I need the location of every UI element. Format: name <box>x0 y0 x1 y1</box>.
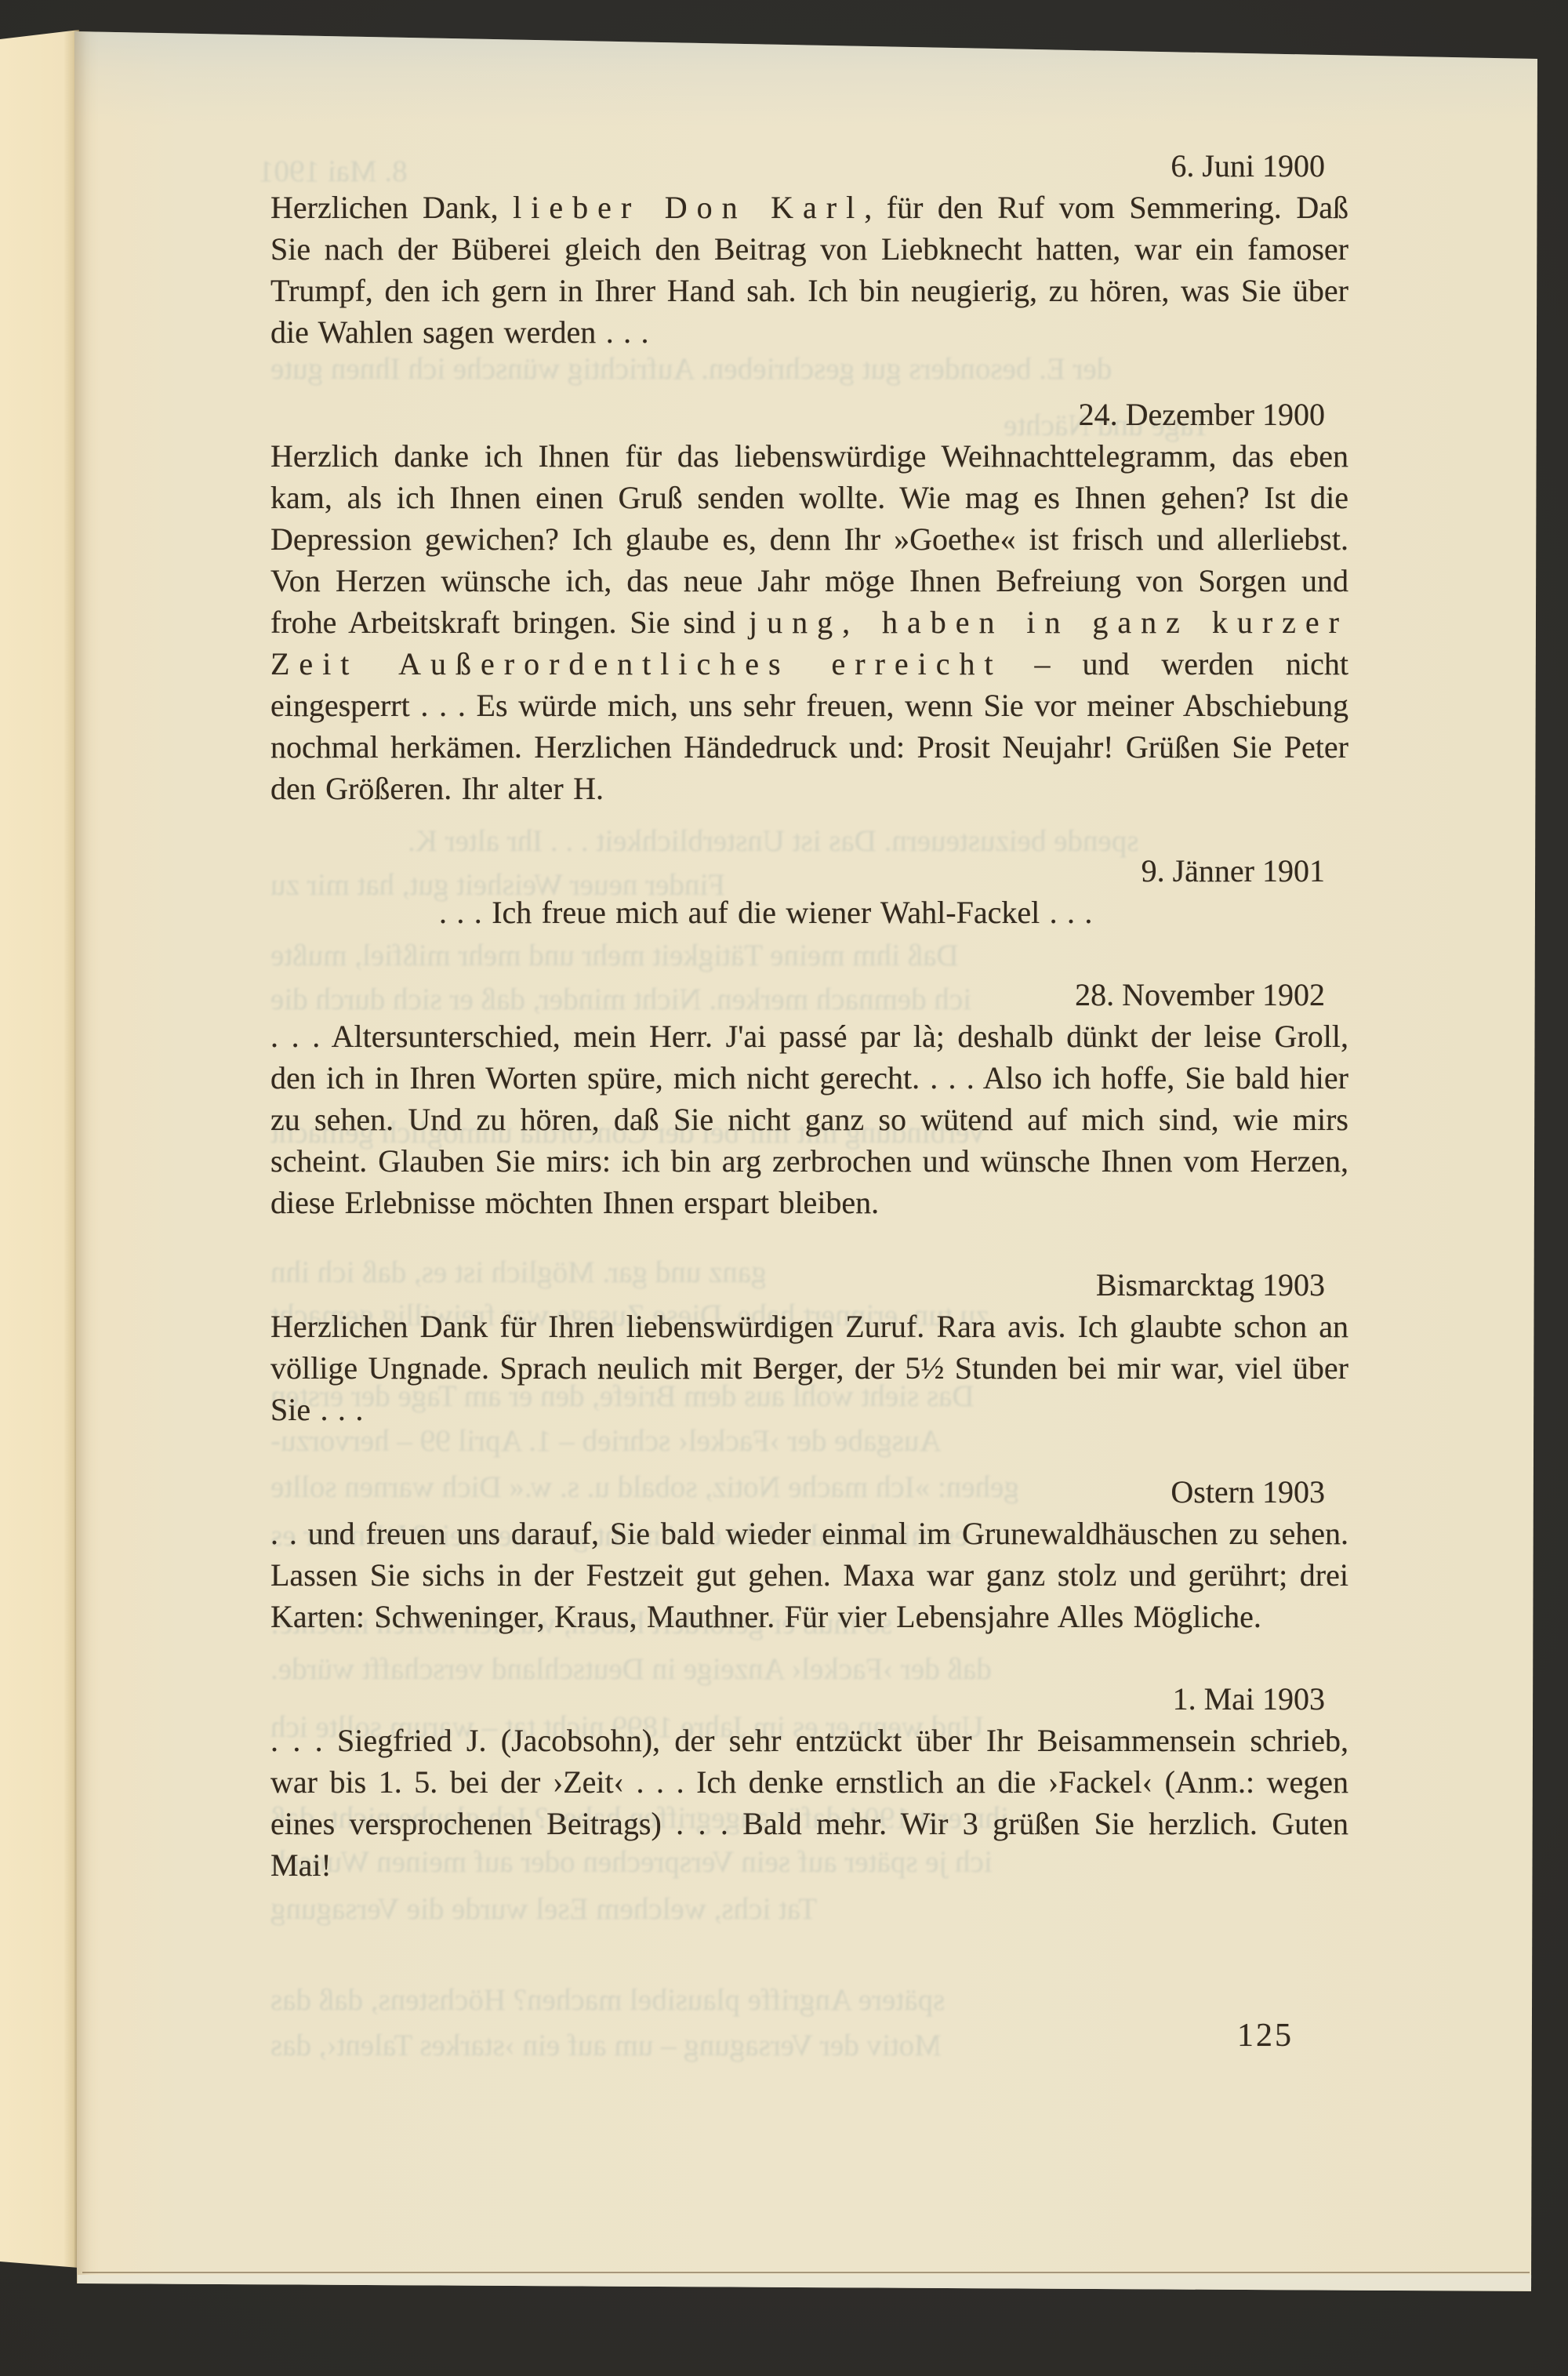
entry-date: 1. Mai 1903 <box>270 1678 1348 1720</box>
letter-entry: Bismarcktag 1903Herzlichen Dank für Ihre… <box>270 1264 1348 1430</box>
body-text: Herzlichen Dank für Ihren liebenswürdige… <box>270 1309 1348 1427</box>
underlying-page-edge <box>0 27 79 2268</box>
letter-entry: 6. Juni 1900Herzlichen Dank, lieber Don … <box>270 145 1348 353</box>
entry-date: 6. Juni 1900 <box>270 145 1348 187</box>
show-through-text: Tat ichs, welchem Esel wurde die Versagu… <box>270 1891 817 1927</box>
book-page: 8. Mai 1901der E. besonders gut geschrie… <box>74 24 1541 2294</box>
page-bottom-edge-line <box>82 2272 1530 2273</box>
entry-body: Herzlichen Dank für Ihren liebenswürdige… <box>270 1306 1348 1430</box>
entry-body: . . . Siegfried J. (Jacobsohn), der sehr… <box>270 1720 1348 1886</box>
body-text: . . . Altersunterschied, mein Herr. J'ai… <box>270 1019 1348 1220</box>
letter-entry: Ostern 1903. . und freuen uns darauf, Si… <box>270 1471 1348 1637</box>
body-text: Herzlichen Dank, <box>270 190 513 225</box>
page-bottom-edge <box>78 2275 1534 2291</box>
letter-entry: 9. Jänner 1901. . . Ich freue mich auf d… <box>270 850 1348 933</box>
entry-body: Herzlich danke ich Ihnen für das liebens… <box>270 435 1348 809</box>
letter-entry: 28. November 1902. . . Altersunterschied… <box>270 974 1348 1223</box>
entry-body: . . . Altersunterschied, mein Herr. J'ai… <box>270 1015 1348 1223</box>
show-through-text: spätere Angriffe plausibel machen? Höchs… <box>270 1982 945 2018</box>
entry-body: Herzlichen Dank, lieber Don Karl, für de… <box>270 187 1348 353</box>
entry-date: Bismarcktag 1903 <box>270 1264 1348 1306</box>
text-column: 6. Juni 1900Herzlichen Dank, lieber Don … <box>270 145 1348 1886</box>
entry-date: Ostern 1903 <box>270 1471 1348 1513</box>
entry-date: 28. November 1902 <box>270 974 1348 1015</box>
body-text: . . und freuen uns darauf, Sie bald wied… <box>270 1516 1348 1634</box>
body-text: . . . Siegfried J. (Jacobsohn), der sehr… <box>270 1723 1348 1883</box>
entry-body: . . . Ich freue mich auf die wiener Wahl… <box>270 892 1348 933</box>
entry-date: 9. Jänner 1901 <box>270 850 1348 892</box>
page-number: 125 <box>270 2017 1348 2054</box>
letterspaced-text: lieber Don Karl <box>513 190 864 225</box>
letter-entry: 1. Mai 1903. . . Siegfried J. (Jacobsohn… <box>270 1678 1348 1886</box>
entry-date: 24. Dezember 1900 <box>270 394 1348 435</box>
body-text: . . . Ich freue mich auf die wiener Wahl… <box>439 895 1092 930</box>
scanned-book-photo: { "page": { "kind": "scanned book page o… <box>0 0 1568 2376</box>
entry-body: . . und freuen uns darauf, Sie bald wied… <box>270 1513 1348 1637</box>
letter-entry: 24. Dezember 1900Herzlich danke ich Ihne… <box>270 394 1348 809</box>
